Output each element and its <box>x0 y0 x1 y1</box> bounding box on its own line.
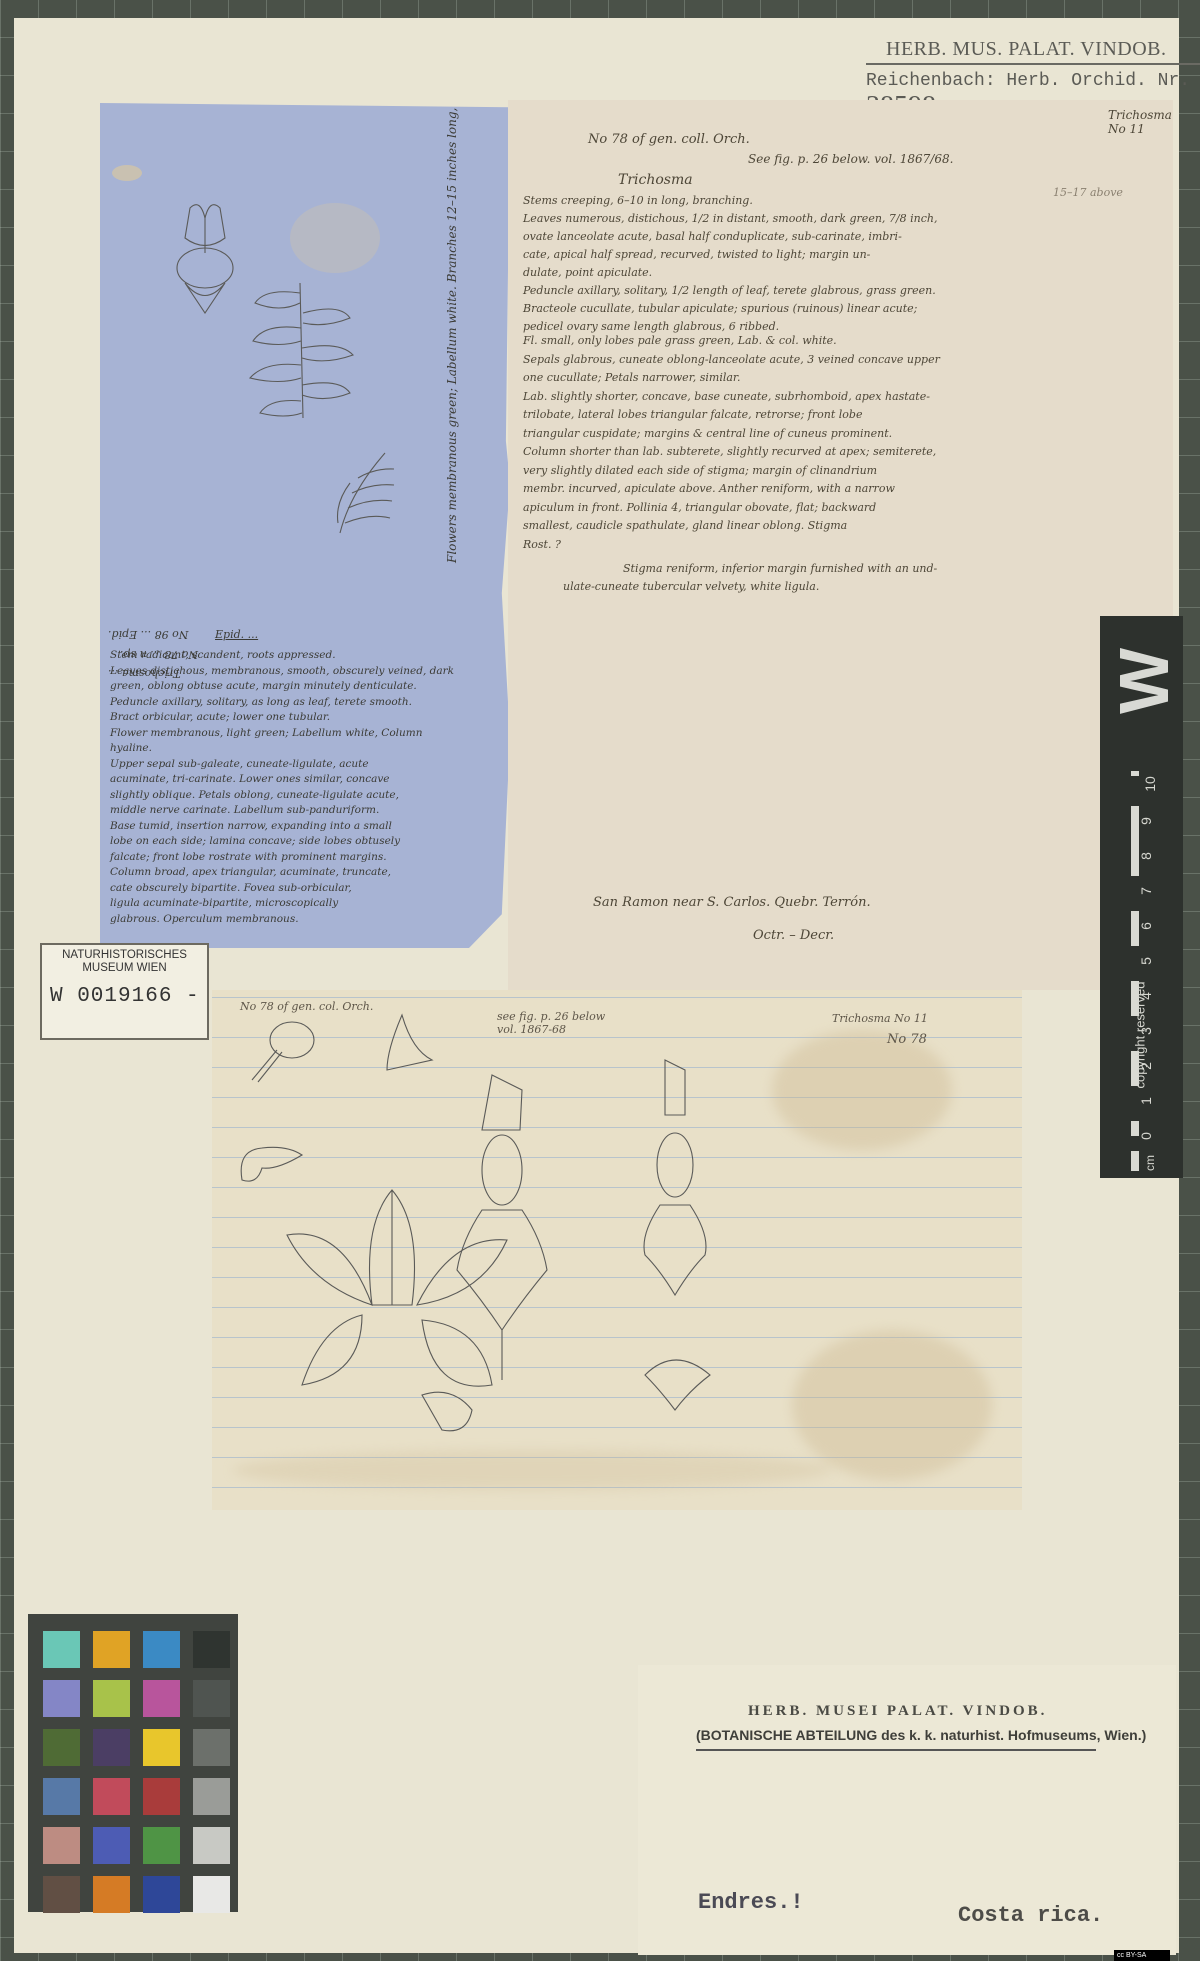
lined-sketch-sheet: No 78 of gen. col. Orch. see fig. p. 26 … <box>212 990 1022 1510</box>
cream-genus-heading: Trichosma <box>618 172 693 188</box>
tick-10: 10 <box>1142 776 1158 792</box>
cream-sheet: Trichosma No 11 No 78 of gen. coll. Orch… <box>508 100 1173 990</box>
ruler-unit: cm <box>1143 1155 1157 1171</box>
cream-line: dulate, point apiculate. <box>523 264 1163 282</box>
cream-line: smallest, caudicle spathulate, gland lin… <box>523 517 1163 536</box>
tick-7: 7 <box>1138 887 1154 895</box>
cream-line: cate, apical half spread, recurved, twis… <box>523 246 1163 264</box>
desc-line: middle nerve carinate. Labellum sub-pand… <box>110 803 505 819</box>
cream-line: triangular cuspidate; margins & central … <box>523 425 1163 444</box>
color-swatch <box>93 1631 130 1668</box>
blue-description: Stem radicant, scandent, roots appressed… <box>110 648 505 927</box>
tick-1: 1 <box>1138 1097 1154 1105</box>
desc-line: falcate; front lobe rostrate with promin… <box>110 850 505 866</box>
color-swatch <box>193 1729 230 1766</box>
desc-line: Stem radicant, scandent, roots appressed… <box>110 648 505 664</box>
branch-sketch-icon <box>330 443 400 543</box>
desc-line: cate obscurely bipartite. Fovea sub-orbi… <box>110 881 505 897</box>
color-swatch <box>43 1680 80 1717</box>
color-swatch <box>143 1778 180 1815</box>
lined-note-right-2: No 78 <box>887 1032 927 1047</box>
cream-line: Leaves numerous, distichous, 1/2 in dist… <box>523 210 1163 228</box>
label-collector: Endres.! <box>698 1890 804 1915</box>
color-swatch <box>193 1876 230 1913</box>
museum-barcode-label: NATURHISTORISCHES MUSEUM WIEN W 0019166 … <box>40 943 209 1040</box>
color-swatch <box>43 1778 80 1815</box>
cream-line: ovate lanceolate acute, basal half condu… <box>523 228 1163 246</box>
tick-9: 9 <box>1138 817 1154 825</box>
desc-line: lobe on each side; lamina concave; side … <box>110 834 505 850</box>
color-swatch <box>143 1827 180 1864</box>
color-checker-card <box>28 1614 238 1912</box>
tick-8: 8 <box>1138 852 1154 860</box>
herbarium-label: HERB. MUSEI PALAT. VINDOB. (BOTANISCHE A… <box>638 1665 1176 1955</box>
tick-4: 4 <box>1138 992 1154 1000</box>
license-badge: cc BY-SA <box>1114 1950 1170 1961</box>
cream-locality-2: Octr. – Decr. <box>753 928 834 943</box>
desc-line: Leaves distichous, membranous, smooth, o… <box>110 664 505 680</box>
color-swatch <box>93 1680 130 1717</box>
cream-header-1: No 78 of gen. coll. Orch. <box>588 132 750 147</box>
cream-paragraph-3: Stigma reniform, inferior margin furnish… <box>563 560 1163 596</box>
cream-line: ulate-cuneate tubercular velvety, white … <box>563 578 1163 596</box>
specimen-barcode-id: W 0019166 - <box>50 985 207 1008</box>
blue-heading: Epid. ... <box>215 628 258 641</box>
stamp-catalog-prefix: Reichenbach: Herb. Orchid. Nr. <box>866 71 1190 91</box>
color-swatch <box>143 1876 180 1913</box>
tick-3: 3 <box>1138 1027 1154 1035</box>
cream-line: Peduncle axillary, solitary, 1/2 length … <box>523 282 1163 300</box>
cream-line: apiculum in front. Pollinia 4, triangula… <box>523 499 1163 518</box>
color-swatch <box>193 1680 230 1717</box>
tick-5: 5 <box>1138 957 1154 965</box>
label-header: HERB. MUSEI PALAT. VINDOB. <box>748 1703 1047 1720</box>
desc-line: Peduncle axillary, solitary, as long as … <box>110 695 505 711</box>
cream-line: membr. incurved, apiculate above. Anther… <box>523 480 1163 499</box>
cream-line: Fl. small, only lobes pale grass green, … <box>523 332 1163 351</box>
lined-note-right-1: Trichosma No 11 <box>832 1012 928 1025</box>
cream-line: trilobate, lateral lobes triangular falc… <box>523 406 1163 425</box>
scale-ruler: W copyright reserved 10 9 8 7 6 5 4 3 2 … <box>1100 616 1183 1178</box>
leafy-stem-sketch-icon <box>245 273 355 423</box>
color-swatch <box>43 1827 80 1864</box>
cream-line: Column shorter than lab. subterete, slig… <box>523 443 1163 462</box>
cream-locality-1: San Ramon near S. Carlos. Quebr. Terrón. <box>593 895 871 910</box>
blue-sheet: Flowers membranous green; Labellum white… <box>100 103 510 948</box>
desc-line: Flower membranous, light green; Labellum… <box>110 726 505 742</box>
institution-line-2: MUSEUM WIEN <box>42 962 207 975</box>
lip-side-sketch-icon <box>232 1140 302 1190</box>
petal-fold-sketch-icon <box>382 1010 442 1075</box>
desc-line: Base tumid, insertion narrow, expanding … <box>110 819 505 835</box>
cream-line: Bracteole cucullate, tubular apiculate; … <box>523 300 1163 318</box>
desc-line: hyaline. <box>110 741 505 757</box>
tick-0: 0 <box>1138 1132 1154 1140</box>
cream-line: Stigma reniform, inferior margin furnish… <box>563 560 1163 578</box>
desc-line: Bract orbicular, acute; lower one tubula… <box>110 710 505 726</box>
tick-6: 6 <box>1138 922 1154 930</box>
ruler-logo-letter: W <box>1104 654 1184 714</box>
color-swatch <box>143 1680 180 1717</box>
color-swatch <box>193 1827 230 1864</box>
label-subheader: (BOTANISCHE ABTEILUNG des k. k. naturhis… <box>696 1727 1146 1743</box>
bud-sketch-icon <box>242 1010 322 1085</box>
cream-line: Stems creeping, 6–10 in long, branching. <box>523 192 1163 210</box>
color-swatch <box>193 1778 230 1815</box>
stamp-title: HERB. MUS. PALAT. VINDOB. <box>866 38 1200 65</box>
cream-line: one cucullate; Petals narrower, similar. <box>523 369 1163 388</box>
cream-line: very slightly dilated each side of stigm… <box>523 462 1163 481</box>
cream-paragraph-1: Stems creeping, 6–10 in long, branching.… <box>523 192 1163 336</box>
color-swatch <box>43 1876 80 1913</box>
color-swatch <box>93 1729 130 1766</box>
cream-top-right-note: Trichosma No 11 <box>1108 108 1173 136</box>
color-swatch <box>143 1729 180 1766</box>
color-swatch <box>43 1729 80 1766</box>
cream-line: Rost. ? <box>523 536 1163 555</box>
cream-line: Sepals glabrous, cuneate oblong-lanceola… <box>523 351 1163 370</box>
desc-line: green, oblong obtuse acute, margin minut… <box>110 679 505 695</box>
column-lip-sketch-icon-1 <box>452 1070 552 1390</box>
flower-front-sketch-icon <box>170 198 240 318</box>
tick-2: 2 <box>1138 1062 1154 1070</box>
label-locality: Costa rica. <box>958 1903 1103 1928</box>
institution-line-1: NATURHISTORISCHES <box>42 949 207 962</box>
desc-line: Column broad, apex triangular, acuminate… <box>110 865 505 881</box>
column-lip-sketch-icon-2 <box>630 1055 720 1415</box>
blue-side-note: Flowers membranous green; Labellum white… <box>445 223 459 563</box>
desc-line: slightly oblique. Petals oblong, cuneate… <box>110 788 505 804</box>
color-swatch <box>143 1631 180 1668</box>
color-swatch <box>93 1778 130 1815</box>
color-swatch <box>93 1876 130 1913</box>
lined-note-center: see fig. p. 26 below vol. 1867-68 <box>497 1010 617 1036</box>
desc-line: acuminate, tri-carinate. Lower ones simi… <box>110 772 505 788</box>
desc-line: glabrous. Operculum membranous. <box>110 912 505 928</box>
color-swatch <box>43 1631 80 1668</box>
color-swatch <box>193 1631 230 1668</box>
cream-paragraph-2: Fl. small, only lobes pale grass green, … <box>523 332 1163 554</box>
color-swatch <box>93 1827 130 1864</box>
blue-rotated-note-1: No 98 ... Epid. <box>108 628 188 641</box>
desc-line: Upper sepal sub-galeate, cuneate-ligulat… <box>110 757 505 773</box>
desc-line: ligula acuminate-bipartite, microscopica… <box>110 896 505 912</box>
cream-line: Lab. slightly shorter, concave, base cun… <box>523 388 1163 407</box>
label-divider <box>696 1749 1096 1751</box>
cream-header-2: See fig. p. 26 below. vol. 1867/68. <box>748 152 953 166</box>
